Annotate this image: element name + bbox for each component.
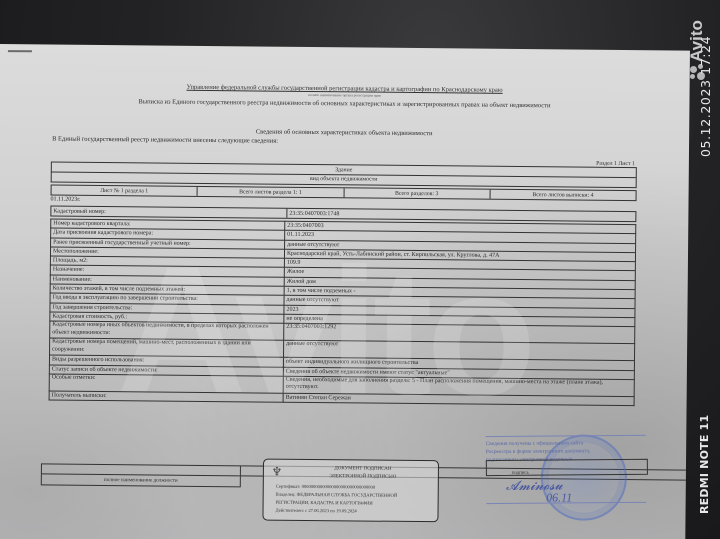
camera-model: REDMI NOTE 11 — [698, 415, 711, 514]
certification-caption: подпись — [512, 471, 529, 476]
cadastral-number-value: 23:35:0407003:1748 — [287, 209, 339, 218]
photo-timestamp: 05.12.2023 17:24 — [698, 36, 713, 157]
esig-title: ДОКУМЕНТ ПОДПИСАН — [298, 466, 428, 472]
esig-owner: Владелец: ФЕДЕРАЛЬНАЯ СЛУЖБА ГОСУДАРСТВЕ… — [276, 492, 398, 498]
certification-stamp: Сведения получены с официального сайта Р… — [486, 432, 647, 513]
document-sheet: Управление федеральной службы государств… — [0, 44, 690, 539]
position-caption: полное наименование должности — [42, 476, 240, 484]
extract-date: 01.11.2023г. — [50, 196, 80, 202]
esig-certificate: Сертификат: 0000000000000000000000000000… — [276, 484, 375, 490]
esig-validity: Действителен: с 27.06.2023 по 19.09.2024 — [276, 508, 357, 514]
esig-subtitle: ЭЛЕКТРОННОЙ ПОДПИСЬЮ — [298, 474, 428, 480]
certification-line: Сведения получены с официального сайта — [486, 440, 583, 447]
section-sheets-total: Всего листов раздела 1: 1 — [198, 187, 344, 197]
row-label: Получатель выписки: — [49, 391, 283, 403]
avito-dot-icon — [690, 66, 697, 73]
row-value: Ватинян Степан Сережаи — [283, 393, 634, 406]
esig-owner-cont: РЕГИСТРАЦИИ, КАДАСТРА И КАРТОГРАФИИ — [276, 500, 373, 506]
position-field: полное наименование должности — [41, 463, 241, 487]
cadastral-number-label: Кадастровый номер: — [51, 207, 287, 218]
coat-of-arms-icon: ♆ — [270, 464, 284, 480]
intro-text: В Единый государственный реестр недвижим… — [52, 136, 278, 145]
certification-line: Росреестра в форме электронного документ… — [486, 448, 591, 455]
avito-dot-icon — [690, 74, 695, 79]
corner-mark — [8, 50, 32, 52]
electronic-signature-block: ♆ ДОКУМЕНТ ПОДПИСАН ЭЛЕКТРОННОЙ ПОДПИСЬЮ… — [262, 459, 439, 523]
extract-sheets-total: Всего листов выписки: 4 — [490, 190, 635, 200]
characteristics-table: Номер кадастрового квартала:23:35:040700… — [49, 218, 637, 406]
sections-total: Всего разделов: 3 — [344, 188, 490, 198]
sheet-number: Лист № 1 раздела 1 — [52, 186, 198, 196]
